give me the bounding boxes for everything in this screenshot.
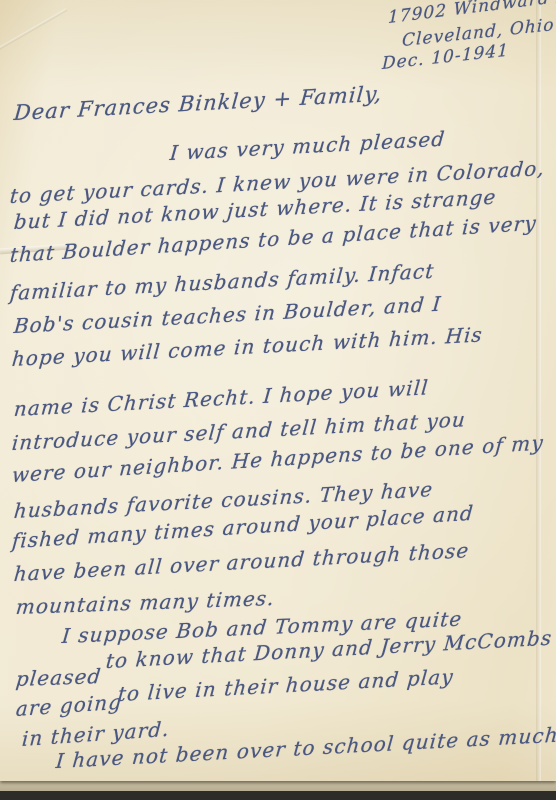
- fold-crease-right: [536, 0, 541, 781]
- letter-line: I was very much pleased: [169, 127, 446, 165]
- photo-backdrop: 17902 Windward Rd Cleveland, Ohio Dec. 1…: [0, 0, 556, 800]
- letter-line: pleased: [16, 664, 102, 691]
- letter-page: 17902 Windward Rd Cleveland, Ohio Dec. 1…: [0, 0, 556, 781]
- letter-line: mountains many times.: [16, 586, 276, 619]
